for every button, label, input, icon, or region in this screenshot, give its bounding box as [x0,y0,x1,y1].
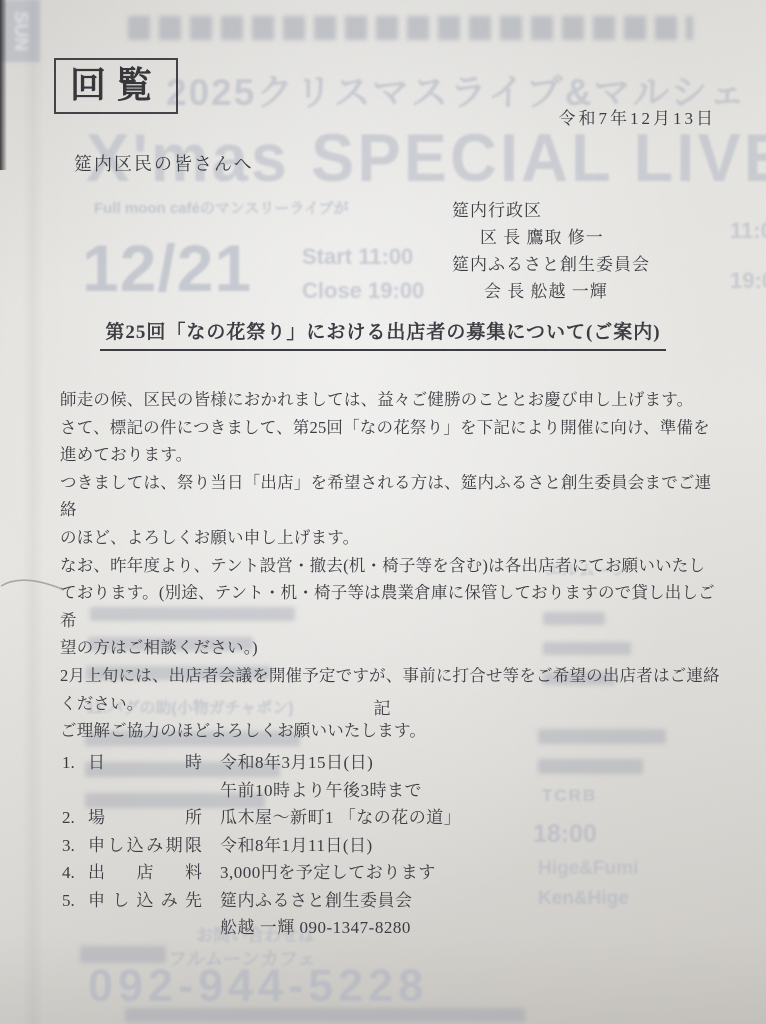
list-item: 午前10時より午後3時まで [62,777,461,805]
item-number: 2. [62,804,88,832]
list-item: 1. 日時 令和8年3月15日(日) [62,749,461,777]
stray-pen-mark [0,570,70,600]
list-item: 5. 申し込み先 筵内ふるさと創生委員会 [62,887,461,915]
body-line: 師走の候、区民の皆様におかれましては、益々ご健勝のこととお慶び申し上げます。 [60,386,722,414]
item-value: 令和8年3月15日(日) [220,749,373,777]
item-number [62,914,88,942]
document-title-row: 第25回「なの花祭り」における出店者の募集について(ご案内) [0,317,766,351]
body-line: 2月上旬には、出店者会議を開催予定ですが、事前に打合せ等をご希望の出店者はご連絡 [60,662,722,690]
sender-org-1: 筵内行政区 [452,197,650,224]
document-photo: 2025クリスマスライブ&マルシェ X'mas SPECIAL LIVE Ful… [0,0,766,1024]
addressee-line: 筵内区民の皆さんへ [74,150,254,176]
item-label [88,777,202,805]
body-text: 師走の候、区民の皆様におかれましては、益々ご健勝のこととお慶び申し上げます。 さ… [60,386,722,745]
body-line: なお、昨年度より、テント設営・撤去(机・椅子等を含む)は各出店者にてお願いいたし [60,552,722,580]
body-line: ております。(別途、テント・机・椅子等は農業倉庫に保管しておりますので貸し出しご… [60,579,722,634]
circular-stamp-box: 回覧 [54,58,178,114]
circular-notice-document: 回覧 令和7年12月13日 筵内区民の皆さんへ 筵内行政区 区 長 鷹取 修一 … [0,0,766,1024]
circular-stamp-label: 回覧 [70,65,162,105]
item-number: 1. [62,749,88,777]
item-value: 瓜木屋〜新町1 「なの花の道」 [220,804,461,832]
body-line: ご理解ご協力のほどよろしくお願いいたします。 [60,717,722,745]
list-item: 舩越 一輝 090-1347-8280 [62,914,461,942]
body-line: さて、標記の件につきまして、第25回「なの花祭り」を下記により開催に向け、準備を [60,414,722,442]
item-number: 3. [62,832,88,860]
list-item: 4. 出店料 3,000円を予定しております [62,859,461,887]
details-list: 1. 日時 令和8年3月15日(日) 午前10時より午後3時まで 2. 場所 瓜… [62,749,461,942]
sender-block: 筵内行政区 区 長 鷹取 修一 筵内ふるさと創生委員会 会 長 舩越 一輝 [452,197,650,305]
item-label: 申し込み先 [88,887,202,915]
sender-role-2: 会 長 舩越 一輝 [484,278,650,305]
sender-role-1: 区 長 鷹取 修一 [480,224,650,251]
item-value: 令和8年1月11日(日) [220,832,373,860]
body-line: つきましては、祭り当日「出店」を希望される方は、筵内ふるさと創生委員会までご連絡 [60,469,722,524]
item-label: 申し込み期限 [88,832,202,860]
body-line: のほど、よろしくお願い申し上げます。 [60,524,722,552]
item-number: 5. [62,887,88,915]
item-value: 午前10時より午後3時まで [220,777,422,805]
item-value: 舩越 一輝 090-1347-8280 [220,914,411,942]
item-value: 筵内ふるさと創生委員会 [220,887,413,915]
item-label: 出店料 [88,859,202,887]
list-item: 2. 場所 瓜木屋〜新町1 「なの花の道」 [62,804,461,832]
item-number: 4. [62,859,88,887]
sender-org-2: 筵内ふるさと創生委員会 [452,251,650,278]
item-value: 3,000円を予定しております [220,859,436,887]
item-number [62,777,88,805]
issue-date: 令和7年12月13日 [559,104,717,129]
list-item: 3. 申し込み期限 令和8年1月11日(日) [62,832,461,860]
photo-edge-shadow [0,0,7,170]
item-label [88,914,202,942]
document-title: 第25回「なの花祭り」における出店者の募集について(ご案内) [100,317,665,351]
note-heading: 記 [0,694,766,719]
item-label: 場所 [88,804,202,832]
body-line: 進めております。 [60,441,722,469]
body-line: 望の方はご相談ください。) [60,634,722,662]
item-label: 日時 [88,749,202,777]
